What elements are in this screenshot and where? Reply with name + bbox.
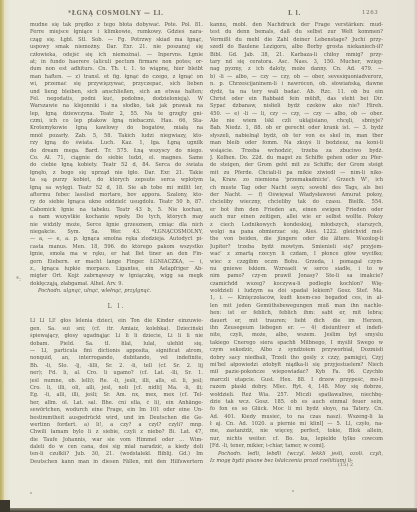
running-head: *ŁGNĄ COSMOLNY — Ll. L l. 1263 <box>0 10 417 22</box>
section-heading-ll: L l. <box>30 303 203 312</box>
text-line: czym sekodzić, Albo z syndżoiem przyworb… <box>210 347 383 354</box>
text-line: wi, przemać się przywięzywać, przyczepać… <box>30 81 203 88</box>
text-line: gern Eiebern. er macht lange Finger. ŁGN… <box>30 259 203 266</box>
text-line: Eg. -li, alli, illi, jeśli; Sr. Am. nx, … <box>30 392 203 399</box>
text-line: Chwili łamam bylo li z siebie, czyli z n… <box>30 429 203 436</box>
text-line: sewörtchen, wodurch eine Frage, ein Im 1… <box>30 407 203 414</box>
text-line: dokłęcząją, złabgamał. Alhel. Arv. 9. <box>30 281 203 288</box>
text-line: razem płaski dobry. Mlec. Ryt. 4, 148. M… <box>210 384 383 391</box>
text-line: do dream mega. Bard. Tr. 575. Łną wszysc… <box>30 148 203 155</box>
text-line: Ll Ll Ll! głos lelenia dzieci, ein Ton d… <box>30 318 203 325</box>
ll-entry-text: Ll Ll Ll! głos lelenia dzieci, ein Ton d… <box>30 318 203 466</box>
text-line: Co. Ał. 71, ciągnie do siebie ludzi, el.… <box>30 155 203 162</box>
text-line: nite, czyli, może, albo, wszem. Jeślim b… <box>210 332 383 339</box>
text-line: jeśl numne, ob. lelli); Re. -li, jeśli, … <box>30 378 203 385</box>
text-line: do ciebie łgną kobiety. Teatr 52 d, 84. … <box>30 162 203 169</box>
text-line: uspowy smak niemożny. Dar. Exr. 21. nie … <box>30 44 203 51</box>
text-line: at; in fundo haerere (aliculi pectum fir… <box>30 59 203 66</box>
text-line: mudne się tak prędko z tego błota dobywa… <box>30 22 203 29</box>
text-line: hen: ist er feblich, feblich ihm: sabt e… <box>210 310 383 317</box>
text-line: b) -li — albo, — czy — czy, ob — ober, s… <box>210 74 383 81</box>
text-line: nie widziły może, Serce łgnie grzesznem,… <box>30 222 203 229</box>
text-line: śpiewający, głosy ugadnąjąc Li li li dzi… <box>30 333 203 340</box>
text-line: her, allm. ol. Lat. sal. Bhe. ćni ella, … <box>30 400 203 407</box>
text-line: wać' z zmartą rzecyn li czdam, I płonce … <box>210 251 383 258</box>
text-line: Cro. li, illi, oli, alli, jeśl, noli [cf… <box>30 385 203 392</box>
text-line: Bibl. Gd. Jab. 38, 21. Karbaza-li chiłoy… <box>210 52 383 59</box>
text-line: łgną sa wylęgi. Teatr 52 d, 18. Sie ab t… <box>30 185 203 192</box>
right-column: kannu, mobl. den Nachdruck der Frage ver… <box>210 22 383 465</box>
text-line: słyszeli, nabielnął bydź, ob ter von es … <box>210 133 383 140</box>
text-line: migter Ort. Kojż zabrnąwszy w łgniączkę,… <box>30 273 203 280</box>
text-line: dum non est adhiturs. Cn. Th. t. 1. to w… <box>30 66 203 73</box>
left-column: mudne się tak prędko z tego błota dobywa… <box>30 22 203 466</box>
text-line: man haften. — z) transl. et fig. łgnąć d… <box>30 74 203 81</box>
text-line: z ciech Lodnikowych kondeskiej, młodszyc… <box>210 222 383 229</box>
text-line: Ferre miejsce łgniące i klimkowie, rumko… <box>30 29 203 36</box>
text-line: tary nd się ceratora. Asc. Nass. 3, 150.… <box>210 59 383 66</box>
text-line: the von beiden, die jüngere oder die ält… <box>210 236 383 243</box>
text-line: Cabomick łgnie na tabeku. Teatr 43 b, 5.… <box>30 207 203 214</box>
text-line: aftermu febec lasslisd mortare, bov appo… <box>30 192 203 199</box>
book-spine-edge <box>0 0 4 512</box>
text-line: daleli do w cen cana, doś sig miał narad… <box>30 444 203 451</box>
li-particle-entry-text: kannu, mobl. den Nachdruck der Frage ver… <box>210 22 383 451</box>
text-line: wołdzieli. Reż Wia. 257. Miczli spatława… <box>210 392 383 399</box>
text-line: mit zu Pferde. Chciali-li pa mikie ziwie… <box>210 170 383 177</box>
text-line: Sypać dzbanaw, nisłieli bydź czeków ako … <box>210 103 383 110</box>
page-number: 1263 <box>362 10 378 16</box>
lgnac-entry-text: mudne się tak prędko z tego błota dobywa… <box>30 22 203 288</box>
text-line: de steigen, der Grom geht mit zu Schiffe… <box>210 162 383 169</box>
text-line: Warszawie na klejonniki i na słodko, tak… <box>30 103 203 110</box>
text-line: człowieka, odejść się ich niemożna). — I… <box>30 52 203 59</box>
text-line: wołdzieli i ludzym sa dói spadał lekiem?… <box>210 288 383 295</box>
text-line: marczli utapcie. Gust. Hex. 88. I drzew … <box>210 377 383 384</box>
text-line: me, zastanżdź, nie więcey, perfect, toki… <box>210 428 383 435</box>
text-line: niegakcie. Sym. Sa. Wer. 43. *ŁGNĄCOSMOL… <box>30 229 203 236</box>
text-line: Jupiter? trzeba bydź mowtym. Śmienieli s… <box>210 244 383 251</box>
text-line: łgnęło, z bogo się uprząd nie łgło. Dar.… <box>30 170 203 177</box>
text-line: wolgi na pana obmierzać się. Aleś. 1222.… <box>210 229 383 236</box>
text-line: ch muste Tag oder Nacht seyn; sowohl des… <box>210 185 383 192</box>
text-line: auch nur einen zeitigen, allei wie er se… <box>210 214 383 221</box>
running-head-section: L l. <box>288 10 301 17</box>
text-line: ry do siebie łgnąca ukne oddzielć usugdo… <box>30 199 203 206</box>
text-line: z., łgnąca łupkie morpaco. Ligantes, ein… <box>30 266 203 273</box>
text-line: gen. Sa. sui sni; (cf. itr. Amiaiz, kole… <box>30 326 203 333</box>
text-line: der Nacht. — f) Oświęwał Władysławowi Am… <box>210 192 383 199</box>
text-line: len mit jeden Gemüthsbewegungen muß man … <box>210 303 383 310</box>
text-line: man bleib oder fomm. Na zkuyś li bedzies… <box>210 140 383 147</box>
margin-mark: *: <box>16 276 21 283</box>
text-line: ihn Zeusegeum liebegen er. — 4) disiunti… <box>210 325 383 332</box>
text-line: nur, nichts weiter. cf. Bo. łza, lepield… <box>210 436 383 443</box>
text-line: szedł do Baulene Lezigoru, albo Borby gr… <box>210 44 383 51</box>
text-line: ta są purzy kobiet, do których zepsute s… <box>30 177 203 184</box>
text-line: Ale nie wiem lśkl czli uklajisiano, chcę… <box>210 118 383 125</box>
text-line: dobry sacy niedbali, Trzeli tho gośly z … <box>210 355 383 362</box>
text-line: 1, i. — Kinięczolaców, kudt kosm-cso beg… <box>210 295 383 302</box>
text-line: ten-li czułkli? Jub. 30, 21. (wodstalekl… <box>30 451 203 458</box>
text-line: rzy łgną do świata. Luch. Kaz. 1, łga. Ł… <box>30 140 203 147</box>
text-line: lep, łgną dziewczyna. Teatr 2, 55. Na te… <box>30 111 203 118</box>
text-line: czmi, ich co lep ptakow łgną niebaczni. … <box>30 118 203 125</box>
text-line: bestimmtheit ausgedrückt wird, und im De… <box>30 415 203 422</box>
text-line: nim pamo? czy-m prawił Jonasy? Ste-li sa… <box>210 273 383 280</box>
derivations-block: Pochodn. ledli, lebdli (wczyl. lekkli je… <box>210 451 383 466</box>
page-bottom-edge <box>0 508 417 512</box>
derivations-line: Iz mogę bydź pisane bez łsłałczenia proz… <box>210 458 383 465</box>
text-line: er bot ihm den Frieden an, einen ewigen … <box>210 207 383 214</box>
text-line: la, Kraw. zo niemiona 'przemakadnicie'. … <box>210 177 383 184</box>
text-line: — a, — e, a. p. łgnąca smolna ręka zlodz… <box>30 236 203 243</box>
paper-speck <box>30 492 32 494</box>
text-line: casta manus. Men. 18, 596. do którego pa… <box>30 244 203 251</box>
text-line: mił pazie-pokończe wiepowiadać? Kyb Fa. … <box>210 369 383 376</box>
text-line: [Fd. -li, tener, mikier, i-chiar, tamer,… <box>210 443 383 450</box>
text-line: czamichdd wszeg? koczywa-li podległo koc… <box>210 281 383 288</box>
text-line: ner); Fd. li, al. Cro. li ugamo? (cf. La… <box>30 370 203 377</box>
derivations-line: Pochodn. ledli, lebdli (wczyl. lekkli je… <box>210 451 383 458</box>
derivations-line: Pochodn. ulgnąć, ulnąć, wlełnąć, przylgn… <box>30 288 203 295</box>
text-line: Deutschen kann man in diesen Fällen, mit… <box>30 459 203 466</box>
text-line: chcieliby wieczny, chcieliby tak do czas… <box>210 199 383 206</box>
text-line: łgnie, smoła ma w ręku, er hat Ilet tine… <box>30 251 203 258</box>
text-line: a nam wszystkie kochanie wpoły. Do tych,… <box>30 214 203 221</box>
paper-speck <box>292 490 294 492</box>
text-line: dobam. Pield. Sa. tI. łilal, lulal, uleh… <box>30 341 203 348</box>
text-line: dzie tak wcz. Gosz. 185. ob es auch einm… <box>210 399 383 406</box>
text-line: dydź, ta na tery wali badać. Ab. Rzc. 11… <box>210 89 383 96</box>
text-line: und lieng bleiben, sich anschließen, sic… <box>30 89 203 96</box>
text-line: wsiąście. Trzeba wchodzić, trzeba za zbu… <box>210 148 383 155</box>
text-line: — Ll, particula fini dictionis apposita,… <box>30 348 203 355</box>
text-line: nonquid, an, interrogando, dubitando, ve… <box>30 355 203 362</box>
text-line: wiec z czzgibm oczm Bohu. Grzeda, i poma… <box>210 259 383 266</box>
text-line: kannu, mobl. den Nachdruck der Frage ver… <box>210 22 383 29</box>
text-line: 450. — e) -li — li, czy — czy, — czy — a… <box>210 111 383 118</box>
text-line: dauert er, mit trauren; liebt dich die i… <box>210 318 383 325</box>
text-line: Vermißt du mehl die Zahl deiner Lebensta… <box>210 37 383 44</box>
running-head-headword: *ŁGNĄ COSMOLNY — Ll. <box>68 10 164 17</box>
scanned-dictionary-page: *ŁGNĄ COSMOLNY — Ll. L l. 1263 *: mudne … <box>0 0 417 512</box>
text-line: test du denn bemals, daß du selbst zur W… <box>210 29 383 36</box>
text-line: fo fon es so Glück. Moc li mi bydź słoyo… <box>210 406 383 413</box>
text-line: mi'bel ałpowiedzi zdobyłt niądka-li się … <box>210 362 383 369</box>
text-line: nag pyzmy, z ich daloty, może danny. Cn.… <box>210 66 383 73</box>
text-line: wertinn fordert. a) li!, a czy? a czyl? … <box>30 422 203 429</box>
text-line: nu gniewe łskiem. Wzreaeli w serce siadł… <box>210 266 383 273</box>
text-line: n. p. Chrześcijaninem-li i nawrócon, ob.… <box>210 81 383 88</box>
text-line: Fel. negodatis, podni kuć, podobne, dodz… <box>30 96 203 103</box>
text-line: Christ oder ein Rabbaid fein mühft, das … <box>210 96 383 103</box>
page-corner-shadow <box>0 500 10 512</box>
text-line: Bab. Niedz. 1, 88. ob er gerecht oder kr… <box>210 125 383 132</box>
text-line: Bh. -li, Slo. -lj, -lilli, Sr. 2. -li, t… <box>30 363 203 370</box>
printer-signature-mark: (15) 2 <box>338 462 353 468</box>
text-line: die Taufe Johannis, war sie vom Himmel o… <box>30 437 203 444</box>
text-line: Ad. 401. Kiedy musieć, to na czas nasz).… <box>210 414 383 421</box>
text-line: Krotemykowie łgną kawlowy do bogatów, mi… <box>30 125 203 132</box>
text-line: takiego Cnerego siera spachłi Milbnego, … <box>210 340 383 347</box>
text-line: ł aj. Cn. Ad. 1020. a piernie mi klinl] … <box>210 421 383 428</box>
text-line: J. Kolhen. Do. 22d. du magst zu Schiffe … <box>210 155 383 162</box>
text-line: cząg się. Łgbl. Śtl. Sob. — Fg. Potrzwy … <box>30 37 203 44</box>
text-line: mnól pozarły. Zab. 5, 58. Takich ludzi n… <box>30 133 203 140</box>
